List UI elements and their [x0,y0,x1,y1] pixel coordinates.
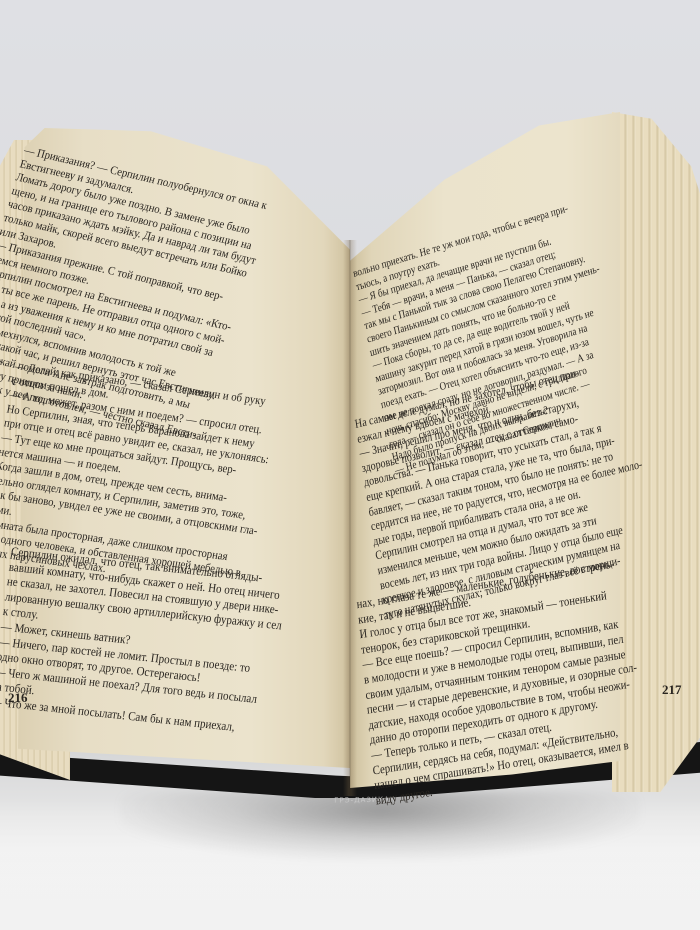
page-number-right: 217 [662,682,682,698]
photo-scene: ГРЭ-ДАЗИКАЧ — Приказания? — Серпилин пол… [0,0,700,930]
right-page-text-bottom: нах, но глаза те же — маленькие, голубен… [356,555,647,809]
page-number-left: 216 [8,690,28,706]
book-gutter [343,240,357,796]
left-page-text-bottom: Серпилин ожидал, что отец, так вниматель… [0,545,289,739]
